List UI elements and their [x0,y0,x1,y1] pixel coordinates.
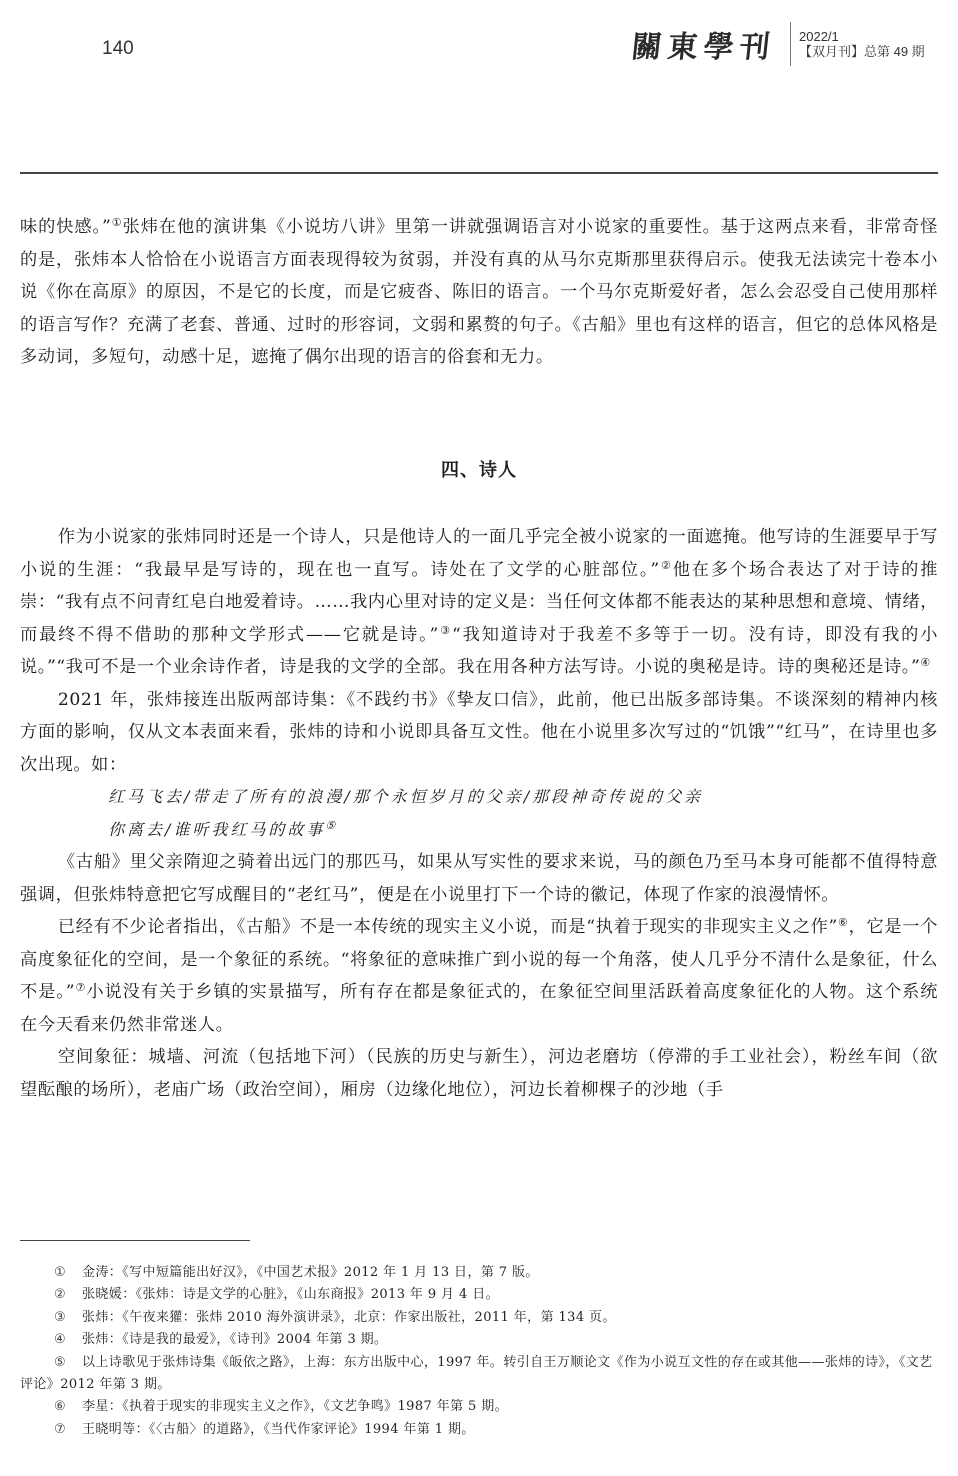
footnote-item: ②张晓媛：《张炜：诗是文学的心脏》，《山东商报》2013 年 9 月 4 日。 [20,1284,938,1306]
body-text-after-section: 作为小说家的张炜同时还是一个诗人，只是他诗人的一面几乎完全被小说家的一面遮掩。他… [20,521,938,1106]
footnote-ref[interactable]: ⑥ [838,916,849,929]
paragraph: 空间象征：城墙、河流（包括地下河）（民族的历史与新生），河边老磨坊（停滞的手工业… [20,1041,938,1106]
journal-logo: 關東學刊 [630,22,779,66]
header-rule [20,172,938,174]
paragraph: 2021 年，张炜接连出版两部诗集：《不践约书》《挚友口信》，此前，他已出版多部… [20,684,938,782]
issue-info: 2022/1 【双月刊】总第 49 期 [799,29,925,59]
paragraph: 味的快感。”①张炜在他的演讲集《小说坊八讲》里第一讲就强调语言对小说家的重要性。… [20,211,938,374]
footnote-mark: ⑤ [54,1352,82,1374]
footnote-ref[interactable]: ④ [920,656,930,669]
footnote-mark: ④ [54,1329,82,1351]
page-number: 140 [102,38,134,60]
footnote-item: ①金涛：《写中短篇能出好汉》，《中国艺术报》2012 年 1 月 13 日，第 … [20,1262,938,1284]
issue-date: 2022/1 [799,29,925,44]
footnote-mark: ⑦ [54,1419,82,1441]
footnote-mark: ② [54,1284,82,1306]
paragraph: 《古船》里父亲隋迎之骑着出远门的那匹马，如果从写实性的要求来说，马的颜色乃至马本… [20,846,938,911]
footnote-ref[interactable]: ⑤ [325,819,338,832]
paragraph: 作为小说家的张炜同时还是一个诗人，只是他诗人的一面几乎完全被小说家的一面遮掩。他… [20,521,938,684]
footnotes: ①金涛：《写中短篇能出好汉》，《中国艺术报》2012 年 1 月 13 日，第 … [20,1262,938,1441]
footnote-item: ⑥李星：《执着于现实的非现实主义之作》，《文艺争鸣》1987 年第 5 期。 [20,1396,938,1418]
journal-masthead: 關東學刊 2022/1 【双月刊】总第 49 期 [632,22,925,66]
footnote-item: ⑦王晓明等：《〈古船〉的道路》，《当代作家评论》1994 年第 1 期。 [20,1419,938,1441]
footnote-ref[interactable]: ② [660,559,673,572]
footnote-ref[interactable]: ⑦ [75,981,86,994]
masthead-divider [790,22,791,66]
poem-line: 你离去/谁听我红马的故事⑤ [20,814,938,847]
paragraph: 已经有不少论者指出，《古船》不是一本传统的现实主义小说，而是“执着于现实的非现实… [20,911,938,1041]
footnote-mark: ① [54,1262,82,1284]
footnote-rule [20,1240,250,1241]
footnote-mark: ③ [54,1307,82,1329]
poem-line: 红马飞去/带走了所有的浪漫/那个永恒岁月的父亲/那段神奇传说的父亲 [20,781,938,814]
footnote-item: ⑤以上诗歌见于张炜诗集《皈依之路》，上海：东方出版中心，1997 年。转引自王万… [20,1352,938,1397]
section-heading: 四、诗人 [0,456,958,482]
footnote-mark: ⑥ [54,1396,82,1418]
footnote-item: ④张炜：《诗是我的最爱》，《诗刊》2004 年第 3 期。 [20,1329,938,1351]
footnote-ref[interactable]: ③ [439,624,452,637]
body-text-before-section: 味的快感。”①张炜在他的演讲集《小说坊八讲》里第一讲就强调语言对小说家的重要性。… [20,211,938,374]
issue-number: 【双月刊】总第 49 期 [799,44,925,59]
footnote-item: ③张炜：《午夜来獾：张炜 2010 海外演讲录》，北京：作家出版社，2011 年… [20,1307,938,1329]
footnote-ref[interactable]: ① [111,216,122,229]
